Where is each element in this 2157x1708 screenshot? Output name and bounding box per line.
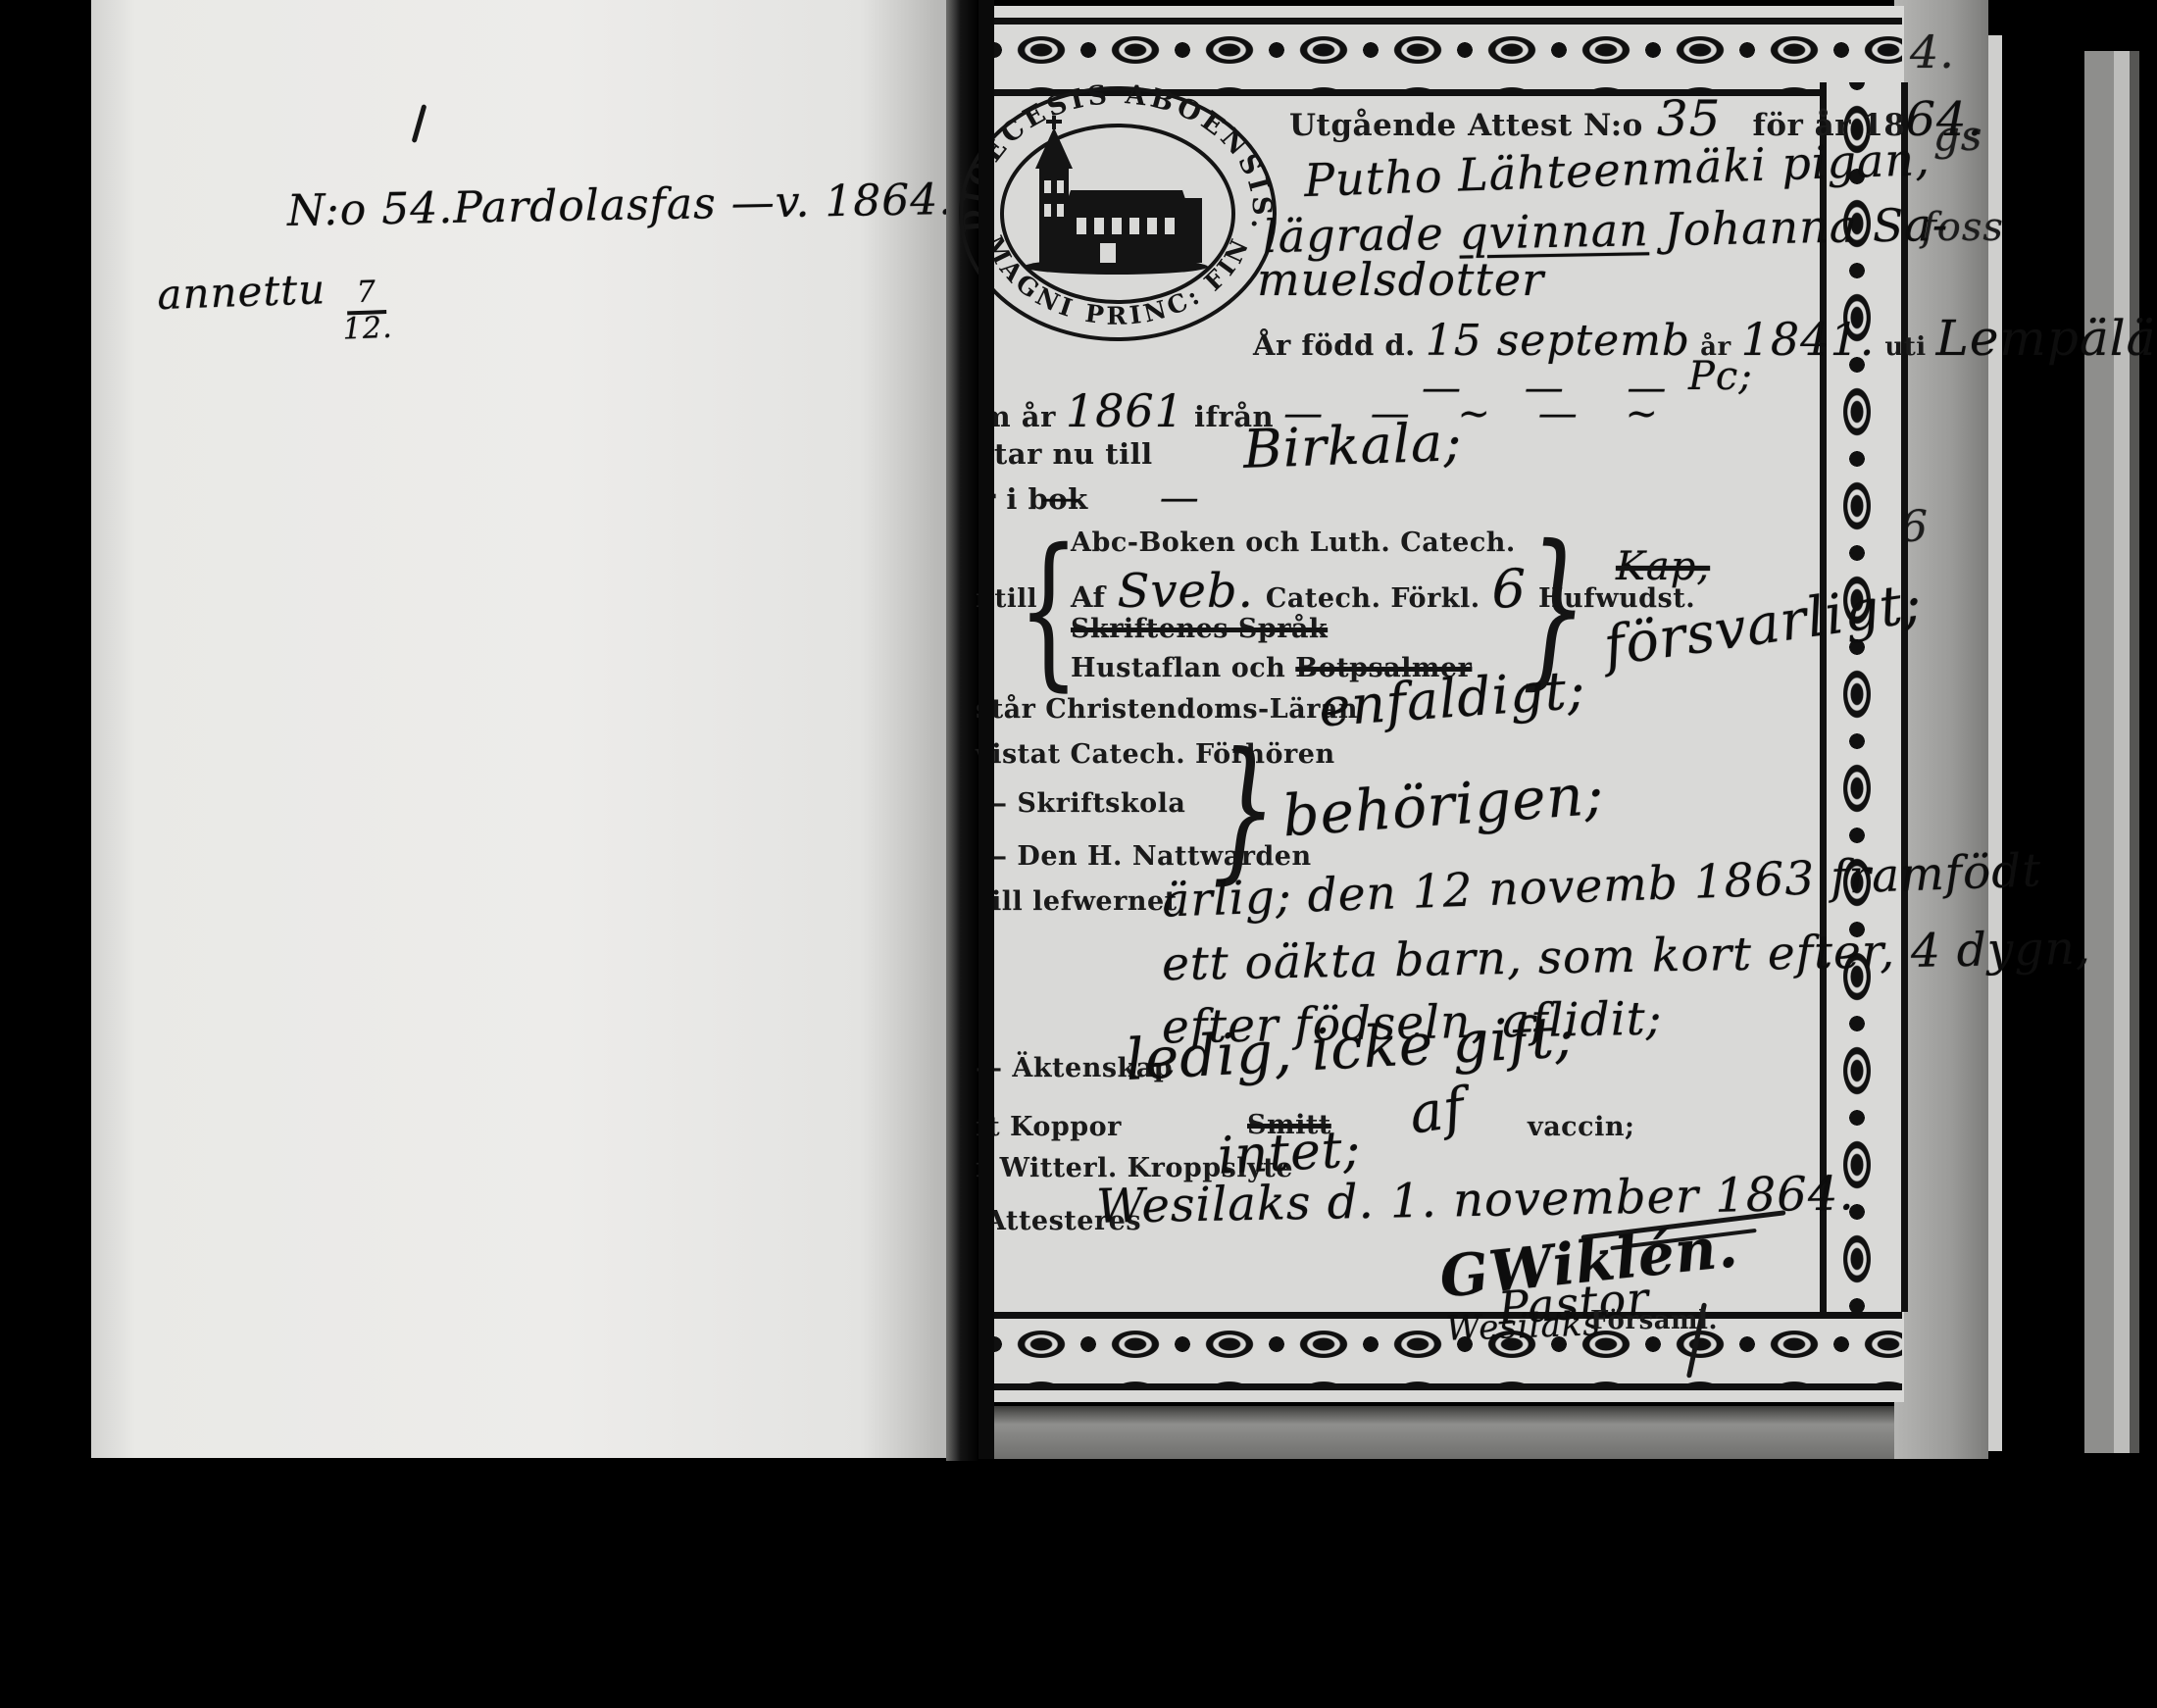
catechism-explanation-row: Af Sveb. Catech. Förkl. 6 Hufwudst. [1071,563,1695,616]
printed-born-label: År född d. [1253,330,1416,360]
printed-confirmation-school-line: — Skriftskola [980,790,1185,818]
printed-understands-fragment: står Christendoms-Läran [976,696,1358,724]
printed-af-label: Af [1071,582,1105,612]
birth-date: 15 septemb [1426,320,1690,363]
below-certificate-page-edge [978,1406,1894,1459]
printed-hustaflan-label: Hustaflan och [1071,655,1285,682]
scanned-book-spread: N:o 54. Pardolasfas — v. 1864. annettu 7… [0,0,2157,1708]
note-date-fraction: 7 12. [341,277,393,345]
printed-moves-to-fragment: ttar nu till [980,439,1153,469]
birth-year: 1841. [1741,317,1876,362]
printed-uti-label: uti [1884,334,1926,361]
left-page-entry-line: N:o 54. Pardolasfas — v. 1864. [287,178,943,233]
person-line2-underlined: qvinnan [1459,203,1649,259]
printed-conduct-label: till lefwernet [978,888,1178,916]
page-edge-sliver [2130,51,2139,1453]
printed-attended-catechism-fragment: vistat Catech. Förhören [976,741,1335,769]
person-name-line-2: lägrade qvinnan Johanna Sa- [1263,202,1949,259]
stray-ink-mark [412,104,427,143]
catechism-book: Sveb. [1117,568,1253,615]
left-scan-margin [0,0,91,1708]
smallpox-af-annotation: af [1406,1080,1468,1142]
kap-annotation-struck: Kap, [1616,547,1710,586]
printed-smallpox-fragment: ft Koppor [976,1114,1122,1141]
note-word: annettu [157,269,326,316]
person-name-line-3: muelsdotter [1257,257,1544,302]
dash-filler-tail: Pc; [1688,357,1753,396]
entry-number: N:o 54. [287,187,454,233]
margin-fragment: 4. [1910,29,1955,75]
note-fraction-denominator: 12. [342,314,393,346]
printed-vaccin-label: vaccin; [1528,1114,1634,1141]
person-line2-suffix: Johanna Sa- [1648,198,1948,256]
attended-group-brace: } [1212,733,1277,887]
signature-parish-handwritten: Wesilaks [1445,1307,1601,1345]
entry-text: Pardolasfas — [453,181,776,230]
printed-parish-label: Församl. [1590,1308,1718,1334]
certificate-left-edge-line [978,0,994,1459]
deformity-answer: intet; [1217,1124,1363,1182]
note-fraction-numerator: 7 [346,277,387,315]
destination-parish: Birkala; [1242,416,1463,477]
printed-scripture-line-struck: Skriftenes Språk [1071,616,1328,643]
abo-diocese-seal: DIOECESIS ABOENSIS. MAGNI PRINC: FIN [953,82,1282,345]
attest-number: 35 [1657,94,1722,143]
attestation-place-date: Wesilaks d. 1. november 1864. [1096,1170,1855,1230]
came-year: 1861 [1066,388,1184,433]
reads-book-dashes: — — [1041,478,1232,518]
birth-place: Lempälä, [1936,314,2157,363]
printed-catech-forkl-label: Catech. Förkl. [1266,585,1480,613]
entry-year: v. 1864. [775,178,953,225]
ornament-border-right [1820,82,1908,1312]
printed-attest-label: Utgående Attest N:o [1289,110,1643,142]
page-edge-sliver [2114,51,2130,1453]
left-page: N:o 54. Pardolasfas — v. 1864. annettu 7… [91,0,946,1458]
printed-abc-line: Abc-Boken och Luth. Catech. [1071,529,1516,557]
page-edge-sliver [2084,51,2114,1453]
left-page-note: annettu 7 12. [157,267,394,352]
